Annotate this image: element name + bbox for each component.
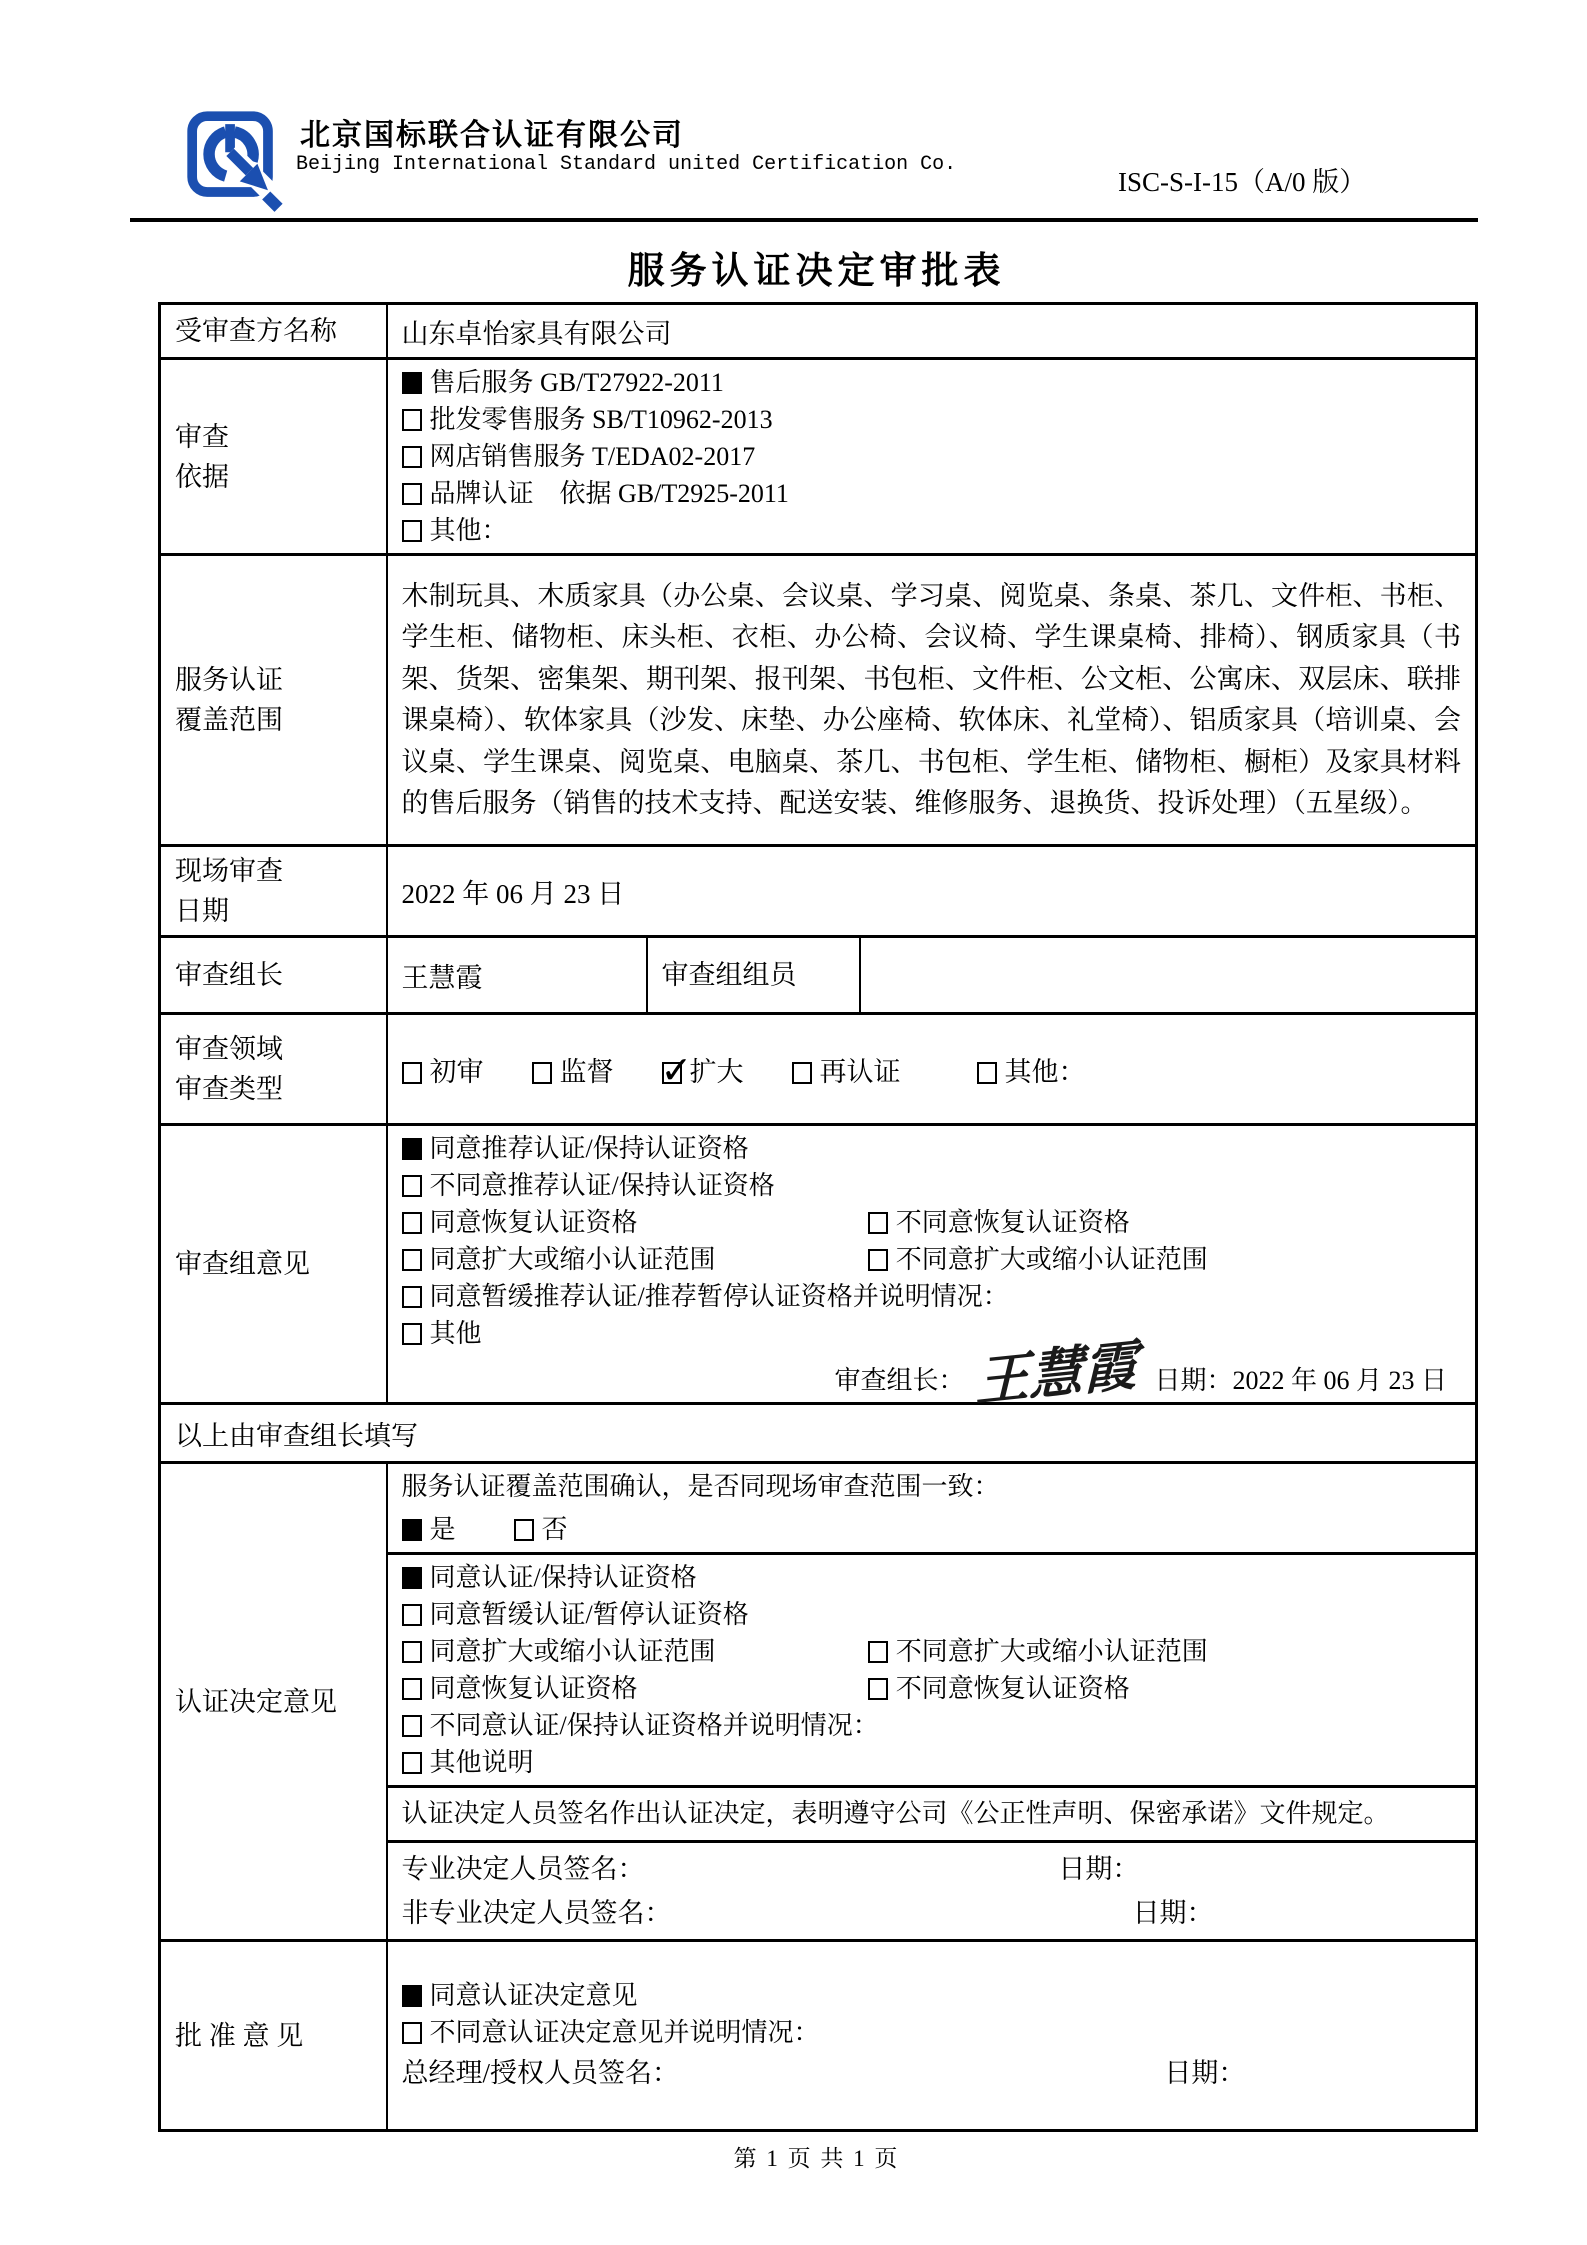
decision-signatures: 专业决定人员签名： 日期： 非专业决定人员签名： 日期： xyxy=(387,1842,1477,1941)
company-name-en: Beijing International Standard united Ce… xyxy=(296,153,956,176)
checkbox xyxy=(868,1249,888,1271)
decision-line: 同意恢复认证资格 不同意恢复认证资格 xyxy=(402,1670,1462,1707)
decision-line: 其他说明 xyxy=(402,1744,1462,1781)
doc-code: ISC-S-I-15（A/0 版） xyxy=(1118,160,1366,199)
checkbox xyxy=(402,1519,422,1541)
checkbox xyxy=(402,1985,422,2007)
checkbox xyxy=(402,1249,422,1271)
date-label: 日期： xyxy=(1155,1360,1233,1397)
decision-line: 同意扩大或缩小认证范围 不同意扩大或缩小认证范围 xyxy=(402,1633,1462,1670)
checkbox xyxy=(402,1715,422,1737)
checkbox xyxy=(868,1641,888,1663)
checkbox xyxy=(402,1323,422,1345)
checkbox xyxy=(868,1212,888,1234)
decision-line: 同意认证/保持认证资格 xyxy=(402,1559,1462,1596)
checkbox xyxy=(514,1519,534,1541)
checkbox xyxy=(402,1567,422,1589)
team-leader-sign-line: 审查组长： 王慧霞 日期： 2022 年 06 月 23 日 xyxy=(402,1358,1462,1398)
checkbox xyxy=(402,446,422,468)
site-date-value: 2022 年 06 月 23 日 xyxy=(387,846,1477,937)
company-logo xyxy=(186,110,290,214)
row-decision-confirm: 认证决定意见 服务认证覆盖范围确认，是否同现场审查范围一致： 是 否 xyxy=(160,1463,1477,1554)
basis-option: 售后服务 GB/T27922-2011 xyxy=(402,364,1462,401)
scope-text-cell: 木制玩具、木质家具（办公桌、会议桌、学习桌、阅览桌、条桌、茶几、文件柜、书柜、学… xyxy=(387,555,1477,846)
opinion-line: 同意扩大或缩小认证范围 不同意扩大或缩小认证范围 xyxy=(402,1241,1462,1278)
checkbox xyxy=(868,1678,888,1700)
professional-sign-line: 专业决定人员签名： 日期： xyxy=(402,1847,1462,1891)
confirm-yes: 是 xyxy=(402,1511,456,1548)
checkbox xyxy=(402,483,422,505)
checkbox xyxy=(402,1678,422,1700)
approval-label: 批 准 意 见 xyxy=(160,1941,387,2131)
audit-type-label: 审查领域 审查类型 xyxy=(160,1014,387,1125)
scope-label: 服务认证 覆盖范围 xyxy=(160,555,387,846)
confirm-text: 服务认证覆盖范围确认，是否同现场审查范围一致： xyxy=(402,1468,1462,1505)
opinion-line: 不同意推荐认证/保持认证资格 xyxy=(402,1167,1462,1204)
type-option: 监督 xyxy=(532,1050,614,1089)
divider-text: 以上由审查组长填写 xyxy=(160,1404,1477,1463)
decision-label: 认证决定意见 xyxy=(160,1463,387,1941)
row-team-opinion: 审查组意见 同意推荐认证/保持认证资格 不同意推荐认证/保持认证资格 同意恢复认… xyxy=(160,1125,1477,1404)
checkbox xyxy=(402,1138,422,1160)
opinion-line: 其他 xyxy=(402,1315,1462,1352)
page-title: 服务认证决定审批表 xyxy=(158,240,1475,294)
date-value: 2022 年 06 月 23 日 xyxy=(1233,1360,1448,1397)
checkbox xyxy=(977,1062,997,1084)
basis-option: 品牌认证 依据 GB/T2925-2011 xyxy=(402,475,1462,512)
type-option: 其他： xyxy=(977,1050,1086,1089)
team-opinion-label: 审查组意见 xyxy=(160,1125,387,1404)
approval-content: 同意认证决定意见 不同意认证决定意见并说明情况： 总经理/授权人员签名： 日期： xyxy=(387,1941,1477,2131)
checkbox xyxy=(402,1175,422,1197)
page-number: 第 1 页 共 1 页 xyxy=(158,2140,1475,2173)
checkbox xyxy=(402,520,422,542)
basis-options: 售后服务 GB/T27922-2011 批发零售服务 SB/T10962-201… xyxy=(387,359,1477,555)
checkbox xyxy=(402,1641,422,1663)
audit-type-options: 初审 监督 扩大 再认证 其他： xyxy=(387,1014,1477,1125)
team-member-value xyxy=(860,937,1477,1014)
document-page: 北京国标联合认证有限公司 Beijing International Stand… xyxy=(0,0,1587,2245)
confirm-no: 否 xyxy=(514,1511,568,1548)
checkbox xyxy=(402,1286,422,1308)
basis-label: 审查 依据 xyxy=(160,359,387,555)
row-audit-basis: 审查 依据 售后服务 GB/T27922-2011 批发零售服务 SB/T109… xyxy=(160,359,1477,555)
confirm-options: 是 否 xyxy=(402,1511,1462,1548)
approval-form-table: 受审查方名称 山东卓怡家具有限公司 审查 依据 售后服务 GB/T27922-2… xyxy=(158,302,1478,2132)
decision-scope-confirm: 服务认证覆盖范围确认，是否同现场审查范围一致： 是 否 xyxy=(387,1463,1477,1554)
basis-option: 批发零售服务 SB/T10962-2013 xyxy=(402,401,1462,438)
company-name-cn: 北京国标联合认证有限公司 xyxy=(300,110,684,154)
team-leader-value: 王慧霞 xyxy=(387,937,647,1014)
checkbox xyxy=(402,1062,422,1084)
row-audit-type: 审查领域 审查类型 初审 监督 扩大 再认证 其他： xyxy=(160,1014,1477,1125)
checkbox xyxy=(792,1062,812,1084)
row-scope: 服务认证 覆盖范围 木制玩具、木质家具（办公桌、会议桌、学习桌、阅览桌、条桌、茶… xyxy=(160,555,1477,846)
basis-option: 其他： xyxy=(402,512,1462,549)
row-site-date: 现场审查 日期 2022 年 06 月 23 日 xyxy=(160,846,1477,937)
checkbox xyxy=(402,1604,422,1626)
basis-option: 网店销售服务 T/EDA02-2017 xyxy=(402,438,1462,475)
auditee-value: 山东卓怡家具有限公司 xyxy=(387,304,1477,359)
sign-label: 审查组长： xyxy=(834,1360,964,1397)
decision-line: 同意暂缓认证/暂停认证资格 xyxy=(402,1596,1462,1633)
team-leader-label: 审查组长 xyxy=(160,937,387,1014)
header-rule xyxy=(130,218,1478,222)
non-professional-sign-line: 非专业决定人员签名： 日期： xyxy=(402,1891,1462,1935)
team-member-label: 审查组组员 xyxy=(647,937,860,1014)
logo-left-arc xyxy=(209,132,226,176)
checkbox xyxy=(402,1752,422,1774)
decision-statement: 认证决定人员签名作出认证决定，表明遵守公司《公正性声明、保密承诺》文件规定。 xyxy=(387,1787,1477,1842)
team-opinion-content: 同意推荐认证/保持认证资格 不同意推荐认证/保持认证资格 同意恢复认证资格 不同… xyxy=(387,1125,1477,1404)
row-approval: 批 准 意 见 同意认证决定意见 不同意认证决定意见并说明情况： 总经理/授权人… xyxy=(160,1941,1477,2131)
checkbox xyxy=(402,1212,422,1234)
scope-text: 木制玩具、木质家具（办公桌、会议桌、学习桌、阅览桌、条桌、茶几、文件柜、书柜、学… xyxy=(402,576,1462,825)
checkbox xyxy=(402,372,422,394)
type-option: 扩大 xyxy=(662,1050,744,1089)
checkbox xyxy=(402,2022,422,2044)
opinion-line: 同意恢复认证资格 不同意恢复认证资格 xyxy=(402,1204,1462,1241)
checkbox-checked xyxy=(662,1062,682,1084)
row-auditee: 受审查方名称 山东卓怡家具有限公司 xyxy=(160,304,1477,359)
site-date-label: 现场审查 日期 xyxy=(160,846,387,937)
handwritten-signature: 王慧霞 xyxy=(975,1345,1136,1402)
approval-line: 不同意认证决定意见并说明情况： xyxy=(402,2014,1462,2051)
checkbox xyxy=(402,409,422,431)
gm-sign-line: 总经理/授权人员签名： 日期： xyxy=(402,2051,1462,2095)
row-team: 审查组长 王慧霞 审查组组员 xyxy=(160,937,1477,1014)
opinion-line: 同意暂缓推荐认证/推荐暂停认证资格并说明情况： xyxy=(402,1278,1462,1315)
decision-line: 不同意认证/保持认证资格并说明情况： xyxy=(402,1707,1462,1744)
type-option: 初审 xyxy=(402,1050,484,1089)
type-option: 再认证 xyxy=(792,1050,901,1089)
decision-options: 同意认证/保持认证资格 同意暂缓认证/暂停认证资格 同意扩大或缩小认证范围 不同… xyxy=(387,1554,1477,1787)
row-divider: 以上由审查组长填写 xyxy=(160,1404,1477,1463)
auditee-label: 受审查方名称 xyxy=(160,304,387,359)
checkbox xyxy=(532,1062,552,1084)
approval-line: 同意认证决定意见 xyxy=(402,1977,1462,2014)
opinion-line: 同意推荐认证/保持认证资格 xyxy=(402,1130,1462,1167)
